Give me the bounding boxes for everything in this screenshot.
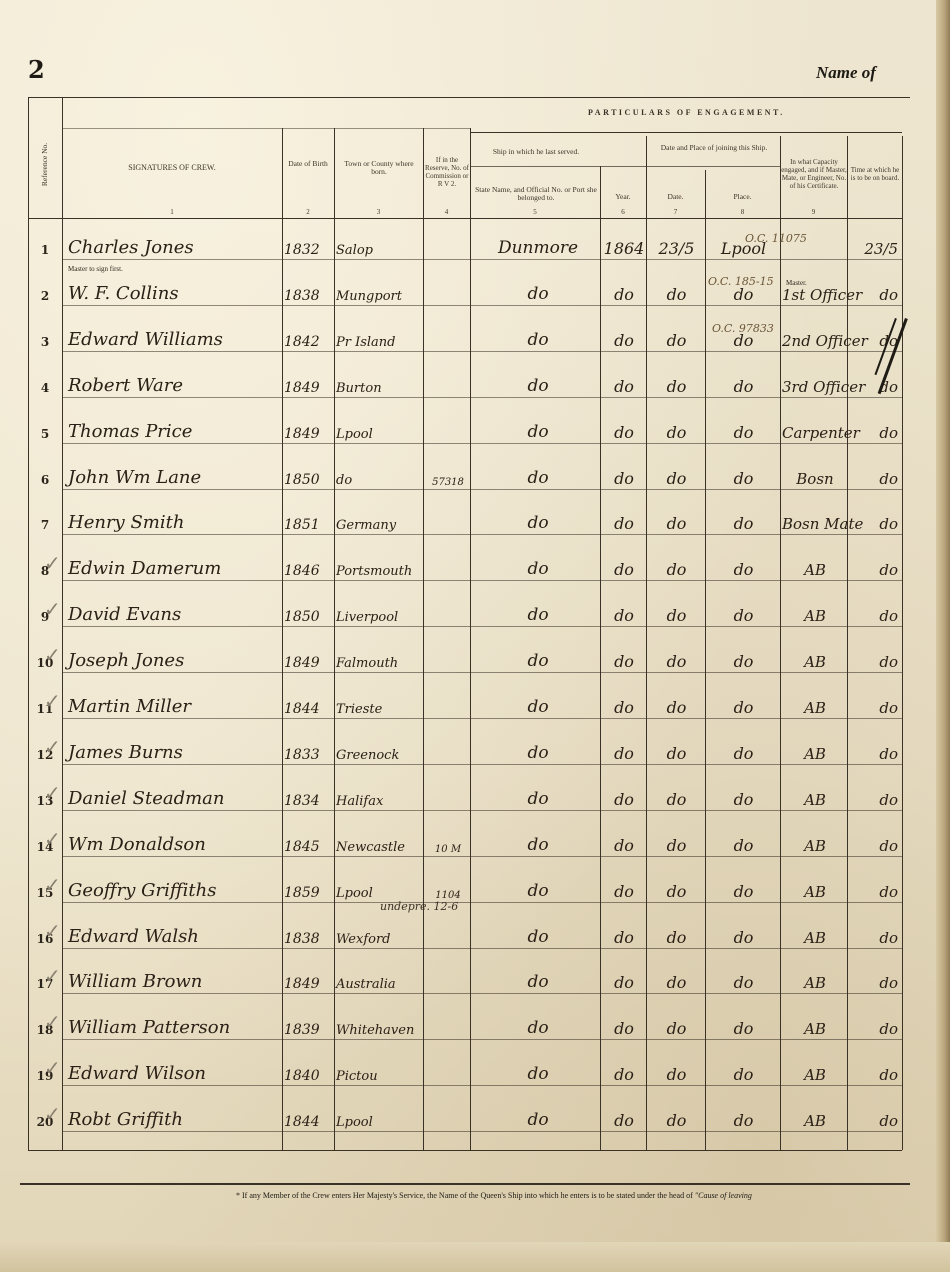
crew-row: 15Geoffry Griffiths1859Lpool1104dodododo… bbox=[28, 861, 902, 906]
capacity: 3rd Officer bbox=[782, 378, 848, 396]
crew-row: 6John Wm Lane1850do57318dodododoBosndo bbox=[28, 448, 902, 493]
check-mark-icon: ✓ bbox=[44, 1056, 61, 1080]
reference-number: 4 bbox=[28, 381, 62, 395]
last-ship: do bbox=[474, 743, 602, 763]
time-on-board: do bbox=[850, 929, 902, 947]
last-ship: do bbox=[474, 559, 602, 579]
row-rule bbox=[62, 397, 902, 398]
birthplace: Lpool bbox=[336, 886, 373, 901]
birthplace: Liverpool bbox=[336, 610, 398, 625]
col-number-9: 9 bbox=[780, 208, 847, 216]
header-time-on-board: Time at which he is to be on board. bbox=[848, 166, 902, 182]
birthplace: Germany bbox=[336, 518, 396, 533]
join-date: do bbox=[648, 331, 705, 350]
birthplace: Burton bbox=[336, 381, 382, 396]
crew-signature: William Patterson bbox=[68, 1017, 230, 1038]
last-ship-year: do bbox=[602, 331, 646, 350]
join-place: do bbox=[707, 744, 780, 763]
row-rule bbox=[62, 534, 902, 535]
join-place: do bbox=[707, 882, 780, 901]
last-ship-year: do bbox=[602, 928, 646, 947]
last-ship: do bbox=[474, 468, 602, 488]
time-on-board: do bbox=[850, 607, 902, 625]
last-ship-year: do bbox=[602, 652, 646, 671]
certificate-annotation-1: O.C. 11075 bbox=[745, 232, 807, 245]
header-joining-group: Date and Place of joining this Ship. bbox=[648, 144, 780, 152]
crew-signature: Edward Williams bbox=[68, 329, 223, 350]
crew-signature: Edwin Damerum bbox=[68, 558, 221, 579]
birth-year: 1859 bbox=[284, 885, 334, 901]
last-ship: do bbox=[474, 1018, 602, 1038]
crew-signature: Wm Donaldson bbox=[68, 834, 206, 855]
join-date: do bbox=[648, 1019, 705, 1038]
birthplace: Wexford bbox=[336, 932, 391, 947]
capacity: AB bbox=[782, 745, 848, 763]
certificate-annotation-2: O.C. 185-15 bbox=[708, 275, 774, 288]
birthplace: Australia bbox=[336, 977, 396, 992]
time-on-board: do bbox=[850, 1020, 902, 1038]
crew-row: 19Edward Wilson1840PictoudodododoABdo✓ bbox=[28, 1044, 902, 1089]
header-signatures: SIGNATURES OF CREW. bbox=[62, 164, 282, 172]
row14-annotation: undepre. 12-6 bbox=[380, 900, 458, 913]
join-place: do bbox=[707, 1019, 780, 1038]
col-number-8: 8 bbox=[705, 208, 780, 216]
header-reserve: If in the Reserve, No. of Commission or … bbox=[424, 156, 470, 188]
check-mark-icon: ✓ bbox=[44, 964, 61, 988]
header-join-place: Place. bbox=[705, 193, 780, 201]
last-ship-year: do bbox=[602, 1065, 646, 1084]
time-on-board: do bbox=[850, 1112, 902, 1130]
check-mark-icon: ✓ bbox=[44, 919, 61, 943]
row-rule bbox=[62, 259, 902, 260]
header-year: Year. bbox=[600, 193, 646, 201]
join-date: do bbox=[648, 606, 705, 625]
row-rule bbox=[62, 718, 902, 719]
crew-signature: David Evans bbox=[68, 604, 181, 625]
crew-row: 14Wm Donaldson1845Newcastle10 MdodododoA… bbox=[28, 815, 902, 860]
time-on-board: do bbox=[850, 470, 902, 488]
crew-signature: William Brown bbox=[68, 971, 202, 992]
last-ship-year: do bbox=[602, 790, 646, 809]
birthplace: Trieste bbox=[336, 702, 382, 717]
birthplace: Portsmouth bbox=[336, 564, 412, 579]
check-mark-icon: ✓ bbox=[44, 781, 61, 805]
row-rule bbox=[62, 902, 902, 903]
last-ship: do bbox=[474, 881, 602, 901]
reserve-number: 1104 bbox=[425, 890, 471, 901]
birth-year: 1849 bbox=[284, 380, 334, 396]
row-rule bbox=[62, 810, 902, 811]
capacity: AB bbox=[782, 561, 848, 579]
time-on-board: do bbox=[850, 699, 902, 717]
crew-signature: W. F. Collins bbox=[68, 283, 179, 304]
last-ship: do bbox=[474, 1110, 602, 1130]
birth-year: 1849 bbox=[284, 426, 334, 442]
master-label: Master. bbox=[786, 279, 807, 287]
capacity: AB bbox=[782, 1112, 848, 1130]
join-place: do bbox=[707, 928, 780, 947]
time-on-board: do bbox=[850, 378, 902, 396]
last-ship-year: do bbox=[602, 836, 646, 855]
header-town-born: Town or County where born. bbox=[336, 160, 422, 176]
birth-year: 1850 bbox=[284, 472, 334, 488]
join-place: do bbox=[707, 377, 780, 396]
birth-year: 1839 bbox=[284, 1022, 334, 1038]
reference-number: 7 bbox=[28, 518, 62, 532]
reference-number: 2 bbox=[28, 289, 62, 303]
join-date: do bbox=[648, 882, 705, 901]
join-date: do bbox=[648, 836, 705, 855]
time-on-board: do bbox=[850, 424, 902, 442]
table-bottom-rule bbox=[28, 1150, 902, 1151]
time-on-board: do bbox=[850, 286, 902, 304]
last-ship: do bbox=[474, 376, 602, 396]
crew-signature: Joseph Jones bbox=[68, 650, 184, 671]
birthplace: Falmouth bbox=[336, 656, 398, 671]
join-place: do bbox=[707, 836, 780, 855]
last-ship: do bbox=[474, 284, 602, 304]
last-ship-year: do bbox=[602, 606, 646, 625]
engagement-rule bbox=[470, 132, 902, 133]
capacity: AB bbox=[782, 929, 848, 947]
last-ship-year: do bbox=[602, 423, 646, 442]
crew-signature: John Wm Lane bbox=[68, 467, 201, 488]
last-ship-year: do bbox=[602, 1111, 646, 1130]
crew-signature: Charles Jones bbox=[68, 237, 194, 258]
crew-signature: Henry Smith bbox=[68, 512, 184, 533]
birthplace: Pr Island bbox=[336, 335, 396, 350]
join-place: do bbox=[707, 790, 780, 809]
time-on-board: do bbox=[850, 791, 902, 809]
join-date: do bbox=[648, 652, 705, 671]
crew-row: 11Martin Miller1844TriestedodododoABdo✓ bbox=[28, 677, 902, 722]
birth-year: 1844 bbox=[284, 701, 334, 717]
row-rule bbox=[62, 305, 902, 306]
capacity: Carpenter bbox=[782, 424, 848, 442]
check-mark-icon: ✓ bbox=[44, 551, 61, 575]
col-number-7: 7 bbox=[646, 208, 705, 216]
crew-signature: James Burns bbox=[68, 742, 183, 763]
join-date: do bbox=[648, 1111, 705, 1130]
capacity: AB bbox=[782, 974, 848, 992]
birthplace: Lpool bbox=[336, 1115, 373, 1130]
last-ship-year: do bbox=[602, 560, 646, 579]
check-mark-icon: ✓ bbox=[44, 689, 61, 713]
join-place: do bbox=[707, 469, 780, 488]
birthplace: Newcastle bbox=[336, 840, 405, 855]
capacity: AB bbox=[782, 1020, 848, 1038]
last-ship: do bbox=[474, 972, 602, 992]
crew-signature: Daniel Steadman bbox=[68, 788, 225, 809]
last-ship-year: do bbox=[602, 698, 646, 717]
inner-top-rule bbox=[62, 128, 470, 129]
header-ship-group: Ship in which he last served. bbox=[472, 148, 600, 156]
section-heading: PARTICULARS OF ENGAGEMENT. bbox=[588, 108, 785, 117]
join-date: do bbox=[648, 1065, 705, 1084]
join-date: do bbox=[648, 790, 705, 809]
row-rule bbox=[62, 443, 902, 444]
birthplace: Greenock bbox=[336, 748, 399, 763]
page-binding-edge bbox=[936, 0, 950, 1272]
birthplace: Lpool bbox=[336, 427, 373, 442]
row-rule bbox=[62, 1039, 902, 1040]
last-ship: Dunmore bbox=[474, 238, 602, 258]
crew-row: 20Robt Griffith1844LpooldodododoABdo✓ bbox=[28, 1090, 902, 1135]
check-mark-icon: ✓ bbox=[44, 873, 61, 897]
time-on-board: do bbox=[850, 653, 902, 671]
join-date: do bbox=[648, 285, 705, 304]
birth-year: 1845 bbox=[284, 839, 334, 855]
last-ship: do bbox=[474, 422, 602, 442]
row-rule bbox=[62, 351, 902, 352]
birth-year: 1849 bbox=[284, 655, 334, 671]
row-rule bbox=[62, 626, 902, 627]
birthplace: Whitehaven bbox=[336, 1023, 414, 1038]
time-on-board: do bbox=[850, 883, 902, 901]
capacity: AB bbox=[782, 791, 848, 809]
last-ship-year: do bbox=[602, 285, 646, 304]
row-rule bbox=[62, 856, 902, 857]
row-rule bbox=[62, 489, 902, 490]
footer-rule bbox=[20, 1183, 910, 1185]
capacity: 1st Officer bbox=[782, 286, 848, 304]
crew-row: 7Henry Smith1851GermanydodododoBosn Mate… bbox=[28, 493, 902, 538]
certificate-annotation-3: O.C. 97833 bbox=[712, 322, 774, 335]
header-date-of-birth: Date of Birth bbox=[284, 160, 332, 168]
join-date: 23/5 bbox=[648, 239, 705, 258]
check-mark-icon: ✓ bbox=[44, 1102, 61, 1126]
join-date: do bbox=[648, 928, 705, 947]
join-date: do bbox=[648, 423, 705, 442]
last-ship-year: 1864 bbox=[602, 239, 646, 258]
join-place: do bbox=[707, 1065, 780, 1084]
join-place: do bbox=[707, 423, 780, 442]
birth-year: 1838 bbox=[284, 931, 334, 947]
subheader-rule bbox=[470, 166, 780, 167]
check-mark-icon: ✓ bbox=[44, 1010, 61, 1034]
capacity: Bosn Mate bbox=[782, 515, 848, 533]
time-on-board: do bbox=[850, 837, 902, 855]
crew-row: 4Robert Ware1849Burtondodododo3rd Office… bbox=[28, 356, 902, 401]
birth-year: 1842 bbox=[284, 334, 334, 350]
birth-year: 1838 bbox=[284, 288, 334, 304]
col-number-2: 2 bbox=[282, 208, 334, 216]
check-mark-icon: ✓ bbox=[44, 597, 61, 621]
time-on-board: do bbox=[850, 515, 902, 533]
last-ship: do bbox=[474, 605, 602, 625]
join-place: do bbox=[707, 514, 780, 533]
birth-year: 1850 bbox=[284, 609, 334, 625]
birthplace: Salop bbox=[336, 243, 373, 258]
time-on-board: do bbox=[850, 974, 902, 992]
header-ship-name: State Name, and Official No. or Port she… bbox=[472, 186, 600, 202]
crew-signature: Robt Griffith bbox=[68, 1109, 183, 1130]
last-ship: do bbox=[474, 513, 602, 533]
crew-row: 10Joseph Jones1849FalmouthdodododoABdo✓ bbox=[28, 631, 902, 676]
table-top-rule bbox=[28, 97, 910, 98]
birthplace: do bbox=[336, 473, 352, 488]
crew-row: 13Daniel Steadman1834HalifaxdodododoABdo… bbox=[28, 769, 902, 814]
check-mark-icon: ✓ bbox=[44, 827, 61, 851]
last-ship-year: do bbox=[602, 469, 646, 488]
header-reference-no: Reference No. bbox=[28, 110, 62, 218]
row-rule bbox=[62, 672, 902, 673]
join-date: do bbox=[648, 377, 705, 396]
join-date: do bbox=[648, 514, 705, 533]
join-place: do bbox=[707, 1111, 780, 1130]
join-date: do bbox=[648, 973, 705, 992]
birthplace: Mungport bbox=[336, 289, 402, 304]
birth-year: 1849 bbox=[284, 976, 334, 992]
crew-signature: Thomas Price bbox=[68, 421, 192, 442]
last-ship-year: do bbox=[602, 882, 646, 901]
crew-signature: Edward Walsh bbox=[68, 926, 199, 947]
capacity: AB bbox=[782, 607, 848, 625]
last-ship-year: do bbox=[602, 1019, 646, 1038]
crew-row: 9David Evans1850LiverpooldodododoABdo✓ bbox=[28, 585, 902, 630]
crew-row: 17William Brown1849AustraliadodododoABdo… bbox=[28, 952, 902, 997]
time-on-board: 23/5 bbox=[850, 240, 902, 258]
join-place: do bbox=[707, 560, 780, 579]
row-rule bbox=[62, 1085, 902, 1086]
col-number-3: 3 bbox=[334, 208, 423, 216]
crew-row: 5Thomas Price1849LpooldodododoCarpenterd… bbox=[28, 402, 902, 447]
last-ship: do bbox=[474, 789, 602, 809]
birth-year: 1851 bbox=[284, 517, 334, 533]
last-ship: do bbox=[474, 835, 602, 855]
crew-row: 12James Burns1833GreenockdodododoABdo✓ bbox=[28, 723, 902, 768]
capacity: AB bbox=[782, 883, 848, 901]
crew-signature: Edward Wilson bbox=[68, 1063, 206, 1084]
last-ship-year: do bbox=[602, 744, 646, 763]
birth-year: 1844 bbox=[284, 1114, 334, 1130]
reference-number: 5 bbox=[28, 427, 62, 441]
col-border-time bbox=[902, 136, 903, 1150]
last-ship: do bbox=[474, 330, 602, 350]
page-number: 2 bbox=[28, 55, 45, 84]
capacity: Bosn bbox=[782, 470, 848, 488]
time-on-board: do bbox=[850, 561, 902, 579]
last-ship-year: do bbox=[602, 973, 646, 992]
last-ship: do bbox=[474, 651, 602, 671]
birth-year: 1846 bbox=[284, 563, 334, 579]
header-join-date: Date. bbox=[646, 193, 705, 201]
join-place: do bbox=[707, 973, 780, 992]
reference-number: 3 bbox=[28, 335, 62, 349]
check-mark-icon: ✓ bbox=[44, 735, 61, 759]
join-place: do bbox=[707, 698, 780, 717]
birth-year: 1840 bbox=[284, 1068, 334, 1084]
crew-row: 18William Patterson1839Whitehavendododod… bbox=[28, 998, 902, 1043]
row-rule bbox=[62, 1131, 902, 1132]
birth-year: 1832 bbox=[284, 242, 334, 258]
check-mark-icon: ✓ bbox=[44, 643, 61, 667]
reserve-number: 57318 bbox=[425, 477, 471, 488]
capacity: AB bbox=[782, 653, 848, 671]
crew-signature: Geoffry Griffiths bbox=[68, 880, 216, 901]
last-ship: do bbox=[474, 1064, 602, 1084]
header-capacity: In what Capacity engaged, and if Master,… bbox=[781, 158, 847, 190]
row-rule bbox=[62, 948, 902, 949]
reference-number: 1 bbox=[28, 243, 62, 257]
join-place: do bbox=[707, 652, 780, 671]
birth-year: 1834 bbox=[284, 793, 334, 809]
capacity: 2nd Officer bbox=[782, 332, 848, 350]
last-ship-year: do bbox=[602, 514, 646, 533]
birthplace: Halifax bbox=[336, 794, 383, 809]
row-rule bbox=[62, 764, 902, 765]
birthplace: Pictou bbox=[336, 1069, 378, 1084]
capacity: AB bbox=[782, 699, 848, 717]
last-ship: do bbox=[474, 697, 602, 717]
col-number-6: 6 bbox=[600, 208, 646, 216]
reserve-number: 10 M bbox=[425, 844, 471, 855]
last-ship: do bbox=[474, 927, 602, 947]
join-date: do bbox=[648, 744, 705, 763]
form-title-fragment: Name of bbox=[816, 63, 876, 83]
col-number-1: 1 bbox=[62, 208, 282, 216]
join-date: do bbox=[648, 469, 705, 488]
last-ship-year: do bbox=[602, 377, 646, 396]
join-date: do bbox=[648, 560, 705, 579]
join-date: do bbox=[648, 698, 705, 717]
birth-year: 1833 bbox=[284, 747, 334, 763]
master-sign-note: Master to sign first. bbox=[68, 265, 123, 273]
row-rule bbox=[62, 580, 902, 581]
time-on-board: do bbox=[850, 1066, 902, 1084]
page-bottom-edge bbox=[0, 1242, 950, 1272]
capacity: AB bbox=[782, 1066, 848, 1084]
capacity: AB bbox=[782, 837, 848, 855]
join-place: do bbox=[707, 606, 780, 625]
crew-row: 8Edwin Damerum1846PortsmouthdodododoABdo… bbox=[28, 539, 902, 584]
crew-signature: Martin Miller bbox=[68, 696, 191, 717]
footnote: * If any Member of the Crew enters Her M… bbox=[236, 1191, 752, 1200]
col-number-4: 4 bbox=[423, 208, 470, 216]
reference-number: 6 bbox=[28, 473, 62, 487]
row-rule bbox=[62, 993, 902, 994]
crew-row: 16Edward Walsh1838WexforddodododoABdo✓ bbox=[28, 907, 902, 952]
col-number-5: 5 bbox=[470, 208, 600, 216]
crew-signature: Robert Ware bbox=[68, 375, 183, 396]
time-on-board: do bbox=[850, 745, 902, 763]
